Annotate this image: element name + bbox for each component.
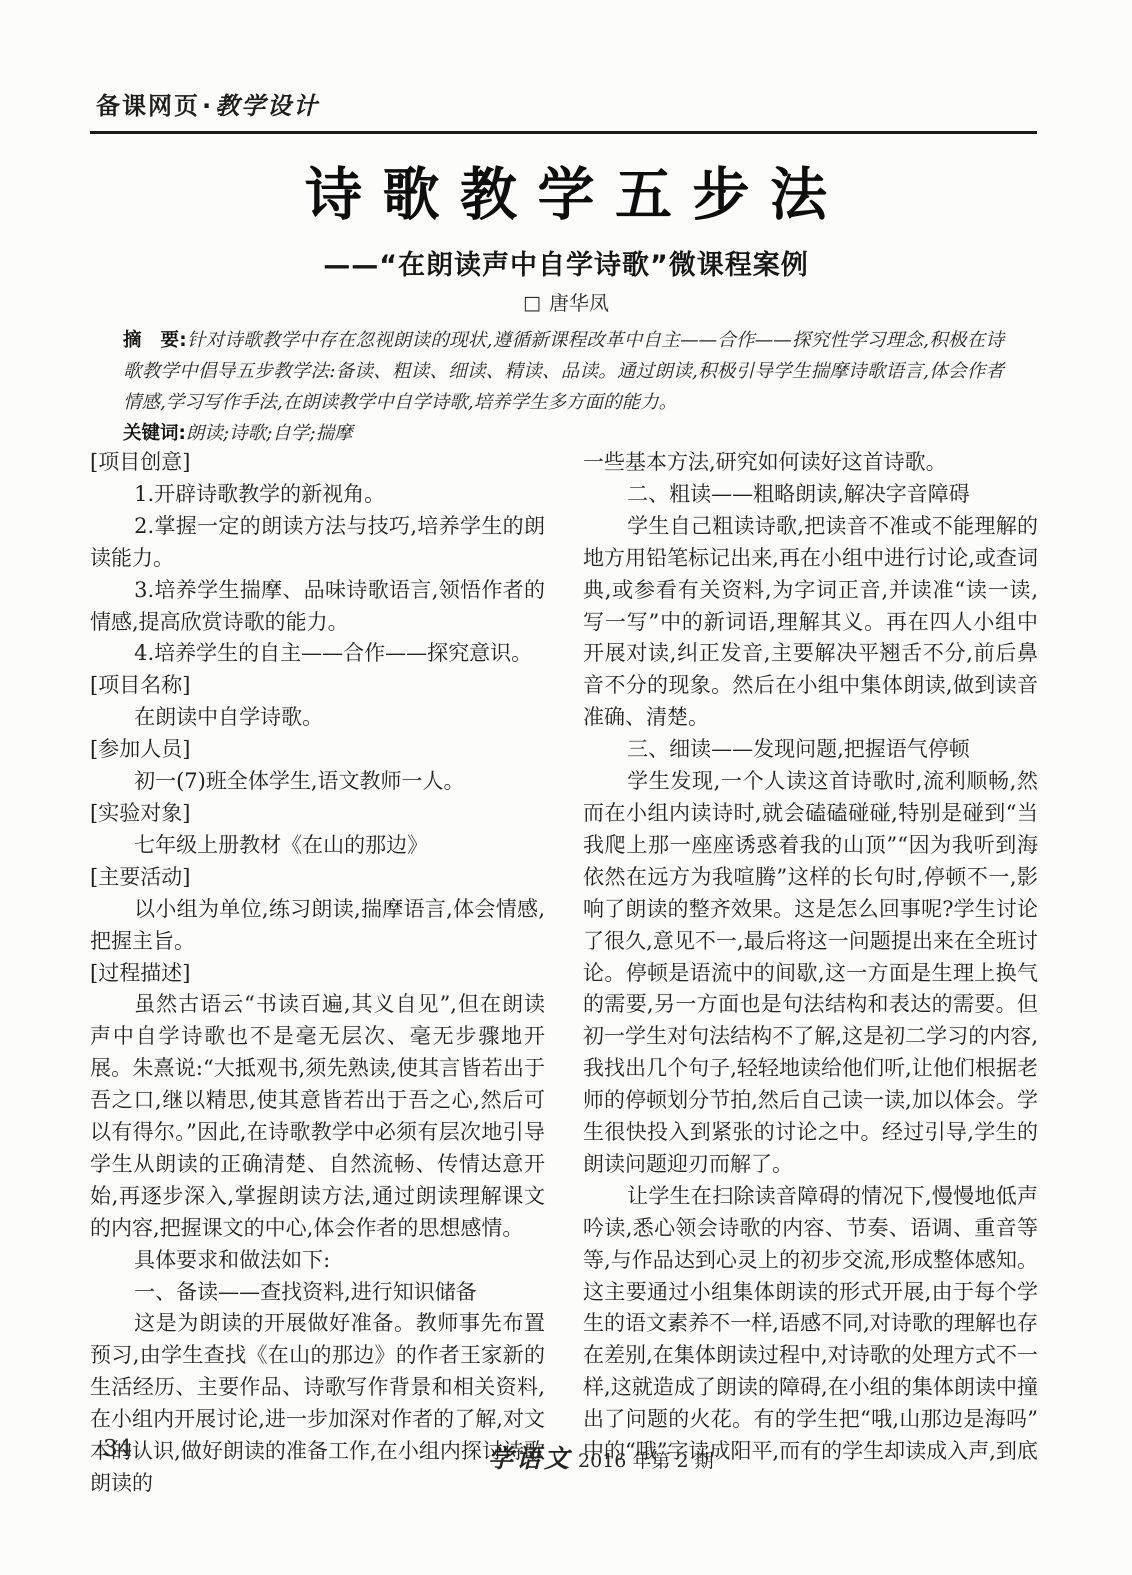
right-column: 一些基本方法,研究如何读好这首诗歌。 二、粗读——粗略朗读,解决字音障碍 学生自… <box>583 447 1038 1500</box>
step-heading: 二、粗读——粗略朗读,解决字音障碍 <box>583 479 1038 511</box>
abstract-paragraph: 摘 要:针对诗歌教学中存在忽视朗读的现状,遵循新课程改革中自主——合作——探究性… <box>123 325 1004 418</box>
abstract-label: 摘 要: <box>123 330 187 351</box>
author-line: □唐华凤 <box>0 287 1132 316</box>
abstract-text: 针对诗歌教学中存在忽视朗读的现状,遵循新课程改革中自主——合作——探究性学习理念… <box>123 330 1004 413</box>
section-heading: [过程描述] <box>90 958 545 990</box>
keywords-paragraph: 关键词:朗读;诗歌;自学;揣摩 <box>123 418 1004 449</box>
section-heading: [实验对象] <box>90 798 545 830</box>
keywords-text: 朗读;诗歌;自学;揣摩 <box>186 423 353 444</box>
body-paragraph: 学生自己粗读诗歌,把读音不准或不能理解的地方用铅笔标记出来,再在小组中进行讨论,… <box>583 511 1038 734</box>
header-rule <box>90 131 1037 134</box>
body-paragraph: 具体要求和做法如下: <box>90 1245 545 1277</box>
header-subsection: 教学设计 <box>215 91 319 120</box>
continuation-paragraph: 一些基本方法,研究如何读好这首诗歌。 <box>583 447 1038 479</box>
body-paragraph: 3.培养学生揣摩、品味诗歌语言,领悟作者的情感,提高欣赏诗歌的能力。 <box>90 575 545 639</box>
step-heading: 一、备读——查找资料,进行知识储备 <box>90 1277 545 1309</box>
body-paragraph: 初一(7)班全体学生,语文教师一人。 <box>90 766 545 798</box>
author-square-icon: □ <box>523 292 541 314</box>
body-paragraph: 1.开辟诗歌教学的新视角。 <box>90 479 545 511</box>
section-heading: [项目创意] <box>90 447 545 479</box>
step-heading: 三、细读——发现问题,把握语气停顿 <box>583 734 1038 766</box>
article-subtitle: ——“在朗读声中自学诗歌”微课程案例 <box>0 243 1132 282</box>
body-paragraph: 以小组为单位,练习朗读,揣摩语言,体会情感,把握主旨。 <box>90 894 545 958</box>
footer-journal-line: 学语文2016 年第 2 期 <box>488 1439 714 1475</box>
keywords-label: 关键词: <box>123 423 186 444</box>
section-heading: [主要活动] <box>90 862 545 894</box>
body-paragraph: 让学生在扫除读音障碍的情况下,慢慢地低声吟读,悉心领会诗歌的内容、节奏、语调、重… <box>583 1181 1038 1468</box>
body-paragraph: 七年级上册教材《在山的那边》 <box>90 830 545 862</box>
body-paragraph: 4.培养学生的自主——合作——探究意识。 <box>90 638 545 670</box>
body-columns: [项目创意] 1.开辟诗歌教学的新视角。 2.掌握一定的朗读方法与技巧,培养学生… <box>90 447 1038 1500</box>
body-paragraph: 虽然古语云“书读百遍,其义自见”,但在朗读声中自学诗歌也不是毫无层次、毫无步骤地… <box>90 989 545 1244</box>
author-name: 唐华凤 <box>549 291 609 315</box>
journal-issue: 2016 年第 2 期 <box>578 1450 714 1472</box>
page-number: 34 <box>103 1436 132 1462</box>
page-header: 备课网页·教学设计 <box>96 86 319 121</box>
body-paragraph: 2.掌握一定的朗读方法与技巧,培养学生的朗读能力。 <box>90 511 545 575</box>
body-paragraph: 学生发现,一个人读这首诗歌时,流利顺畅,然而在小组内读诗时,就会磕磕碰碰,特别是… <box>583 766 1038 1181</box>
section-heading: [项目名称] <box>90 670 545 702</box>
header-separator-dot: · <box>200 92 215 120</box>
header-category: 备课网页 <box>96 92 200 120</box>
abstract-block: 摘 要:针对诗歌教学中存在忽视朗读的现状,遵循新课程改革中自主——合作——探究性… <box>123 325 1004 449</box>
left-column: [项目创意] 1.开辟诗歌教学的新视角。 2.掌握一定的朗读方法与技巧,培养学生… <box>90 447 545 1500</box>
section-heading: [参加人员] <box>90 734 545 766</box>
journal-page: 备课网页·教学设计 诗歌教学五步法 ——“在朗读声中自学诗歌”微课程案例 □唐华… <box>0 0 1132 1575</box>
journal-name: 学语文 <box>488 1444 572 1473</box>
body-paragraph: 这是为朗读的开展做好准备。教师事先布置预习,由学生查找《在山的那边》的作者王家新… <box>90 1308 545 1499</box>
article-title: 诗歌教学五步法 <box>0 149 1132 231</box>
body-paragraph: 在朗读中自学诗歌。 <box>90 702 545 734</box>
